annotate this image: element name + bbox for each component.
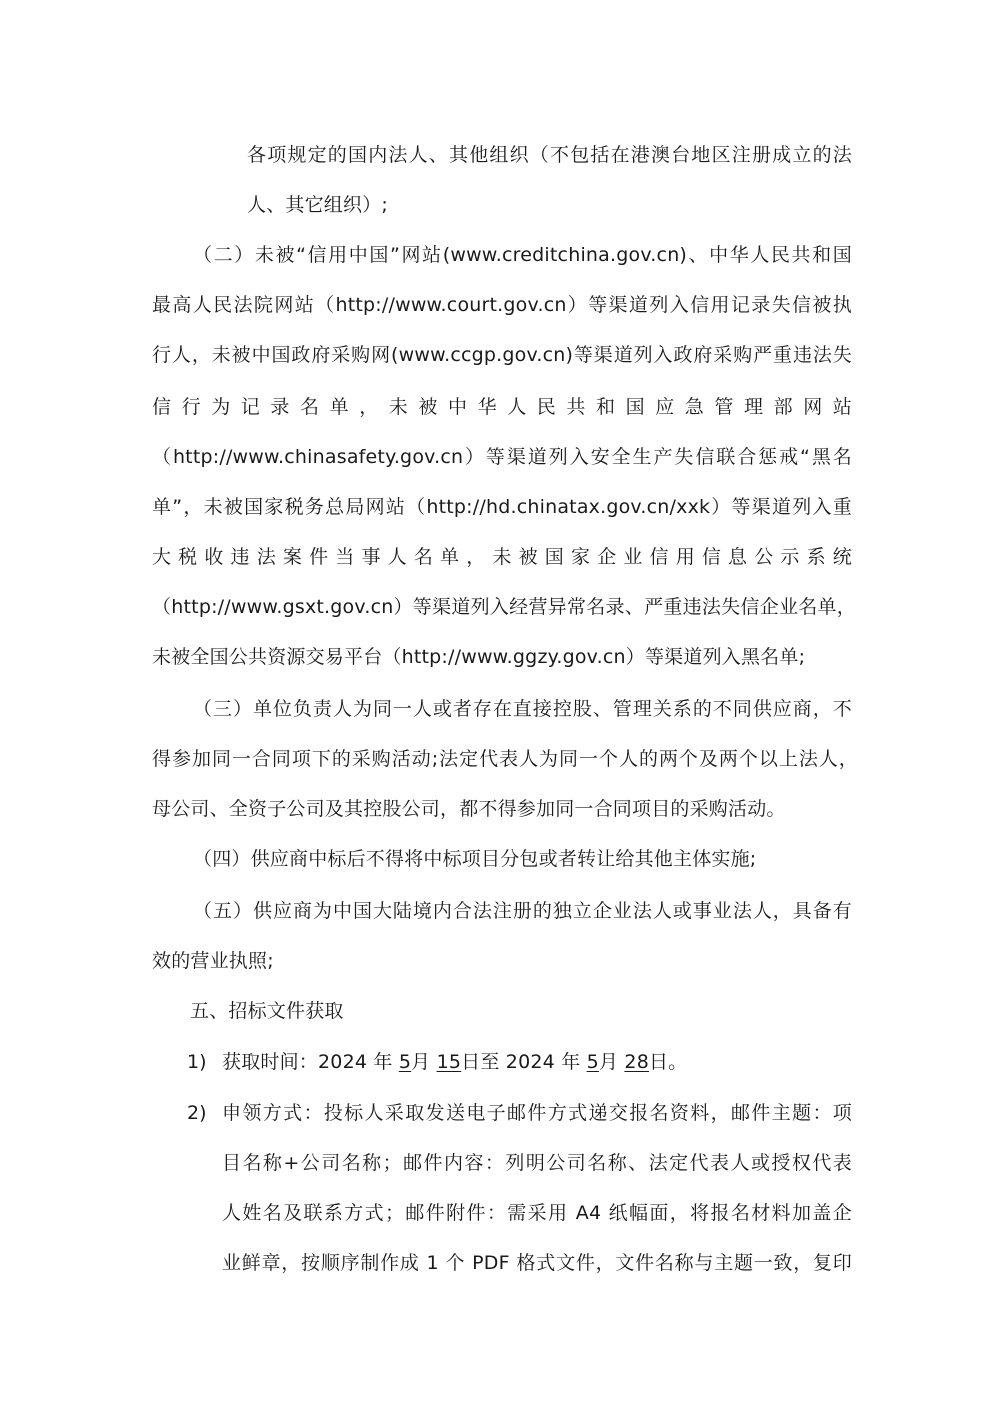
list-number: 2) [187,1101,207,1125]
paragraph-line: （http://www.gsxt.gov.cn）等渠道列入经营异常名录、严重违法… [152,595,856,619]
document-page: 各项规定的国内法人、其他组织（不包括在港澳台地区注册成立的法 人、其它组织）; … [0,0,1000,1415]
end-day: 28 [624,1051,649,1073]
start-day: 15 [437,1051,462,1073]
section-heading: 五、招标文件获取 [190,999,344,1023]
paragraph-line: （http://www.chinasafety.gov.cn）等渠道列入安全生产… [152,445,852,469]
application-method-line: 业鲜章，按顺序制作成 1 个 PDF 格式文件，文件名称与主题一致，复印 [222,1251,852,1275]
paragraph-line: 得参加同一合同项下的采购活动;法定代表人为同一个人的两个及两个以上法人， [152,747,858,771]
application-method-line: 人姓名及联系方式；邮件附件：需采用 A4 纸幅面，将报名材料加盖企 [222,1201,852,1225]
list-number: 1) [187,1050,207,1074]
paragraph-line: 未被全国公共资源交易平台（http://www.ggzy.gov.cn）等渠道列… [152,645,805,669]
paragraph-line: （三）单位负责人为同一人或者存在直接控股、管理关系的不同供应商，不 [193,697,852,721]
end-text: 日。 [649,1051,687,1073]
end-month: 5 [587,1051,599,1073]
paragraph-line: 最高人民法院网站（http://www.court.gov.cn）等渠道列入信用… [152,293,852,317]
month-char: 月 [599,1051,624,1073]
paragraph-line: （四）供应商中标后不得将中标项目分包或者转让给其他主体实施; [193,847,756,871]
paragraph-line: 各项规定的国内法人、其他组织（不包括在港澳台地区注册成立的法 [247,143,852,167]
application-method-line: 申领方式：投标人采取发送电子邮件方式递交报名资料，邮件主题：项 [222,1101,852,1125]
paragraph-line: 单”，未被国家税务总局网站（http://hd.chinatax.gov.cn/… [152,495,852,519]
paragraph-line: 母公司、全资子公司及其控股公司，都不得参加同一合同项目的采购活动。 [152,797,786,821]
paragraph-line: 人、其它组织）; [247,193,388,217]
paragraph-line: 效的营业执照; [152,949,274,973]
paragraph-line: （五）供应商为中国大陆境内合法注册的独立企业法人或事业法人，具备有 [193,899,852,923]
paragraph-line: （二）未被“信用中国”网站(www.creditchina.gov.cn)、中华… [193,243,852,267]
to-text: 日至 2024 年 [461,1051,586,1073]
acquisition-time-label: 获取时间：2024 年 [222,1051,399,1073]
month-char: 月 [411,1051,436,1073]
acquisition-time: 获取时间：2024 年 5月 15日至 2024 年 5月 28日。 [222,1050,687,1074]
paragraph-line: 大税收违法案件当事人名单，未被国家企业信用信息公示系统 [152,545,852,569]
paragraph-line: 信行为记录名单，未被中华人民共和国应急管理部网站 [152,395,852,419]
start-month: 5 [399,1051,411,1073]
paragraph-line: 行人，未被中国政府采购网(www.ccgp.gov.cn)等渠道列入政府采购严重… [152,343,852,367]
application-method-line: 目名称+公司名称；邮件内容：列明公司名称、法定代表人或授权代表 [222,1151,852,1175]
